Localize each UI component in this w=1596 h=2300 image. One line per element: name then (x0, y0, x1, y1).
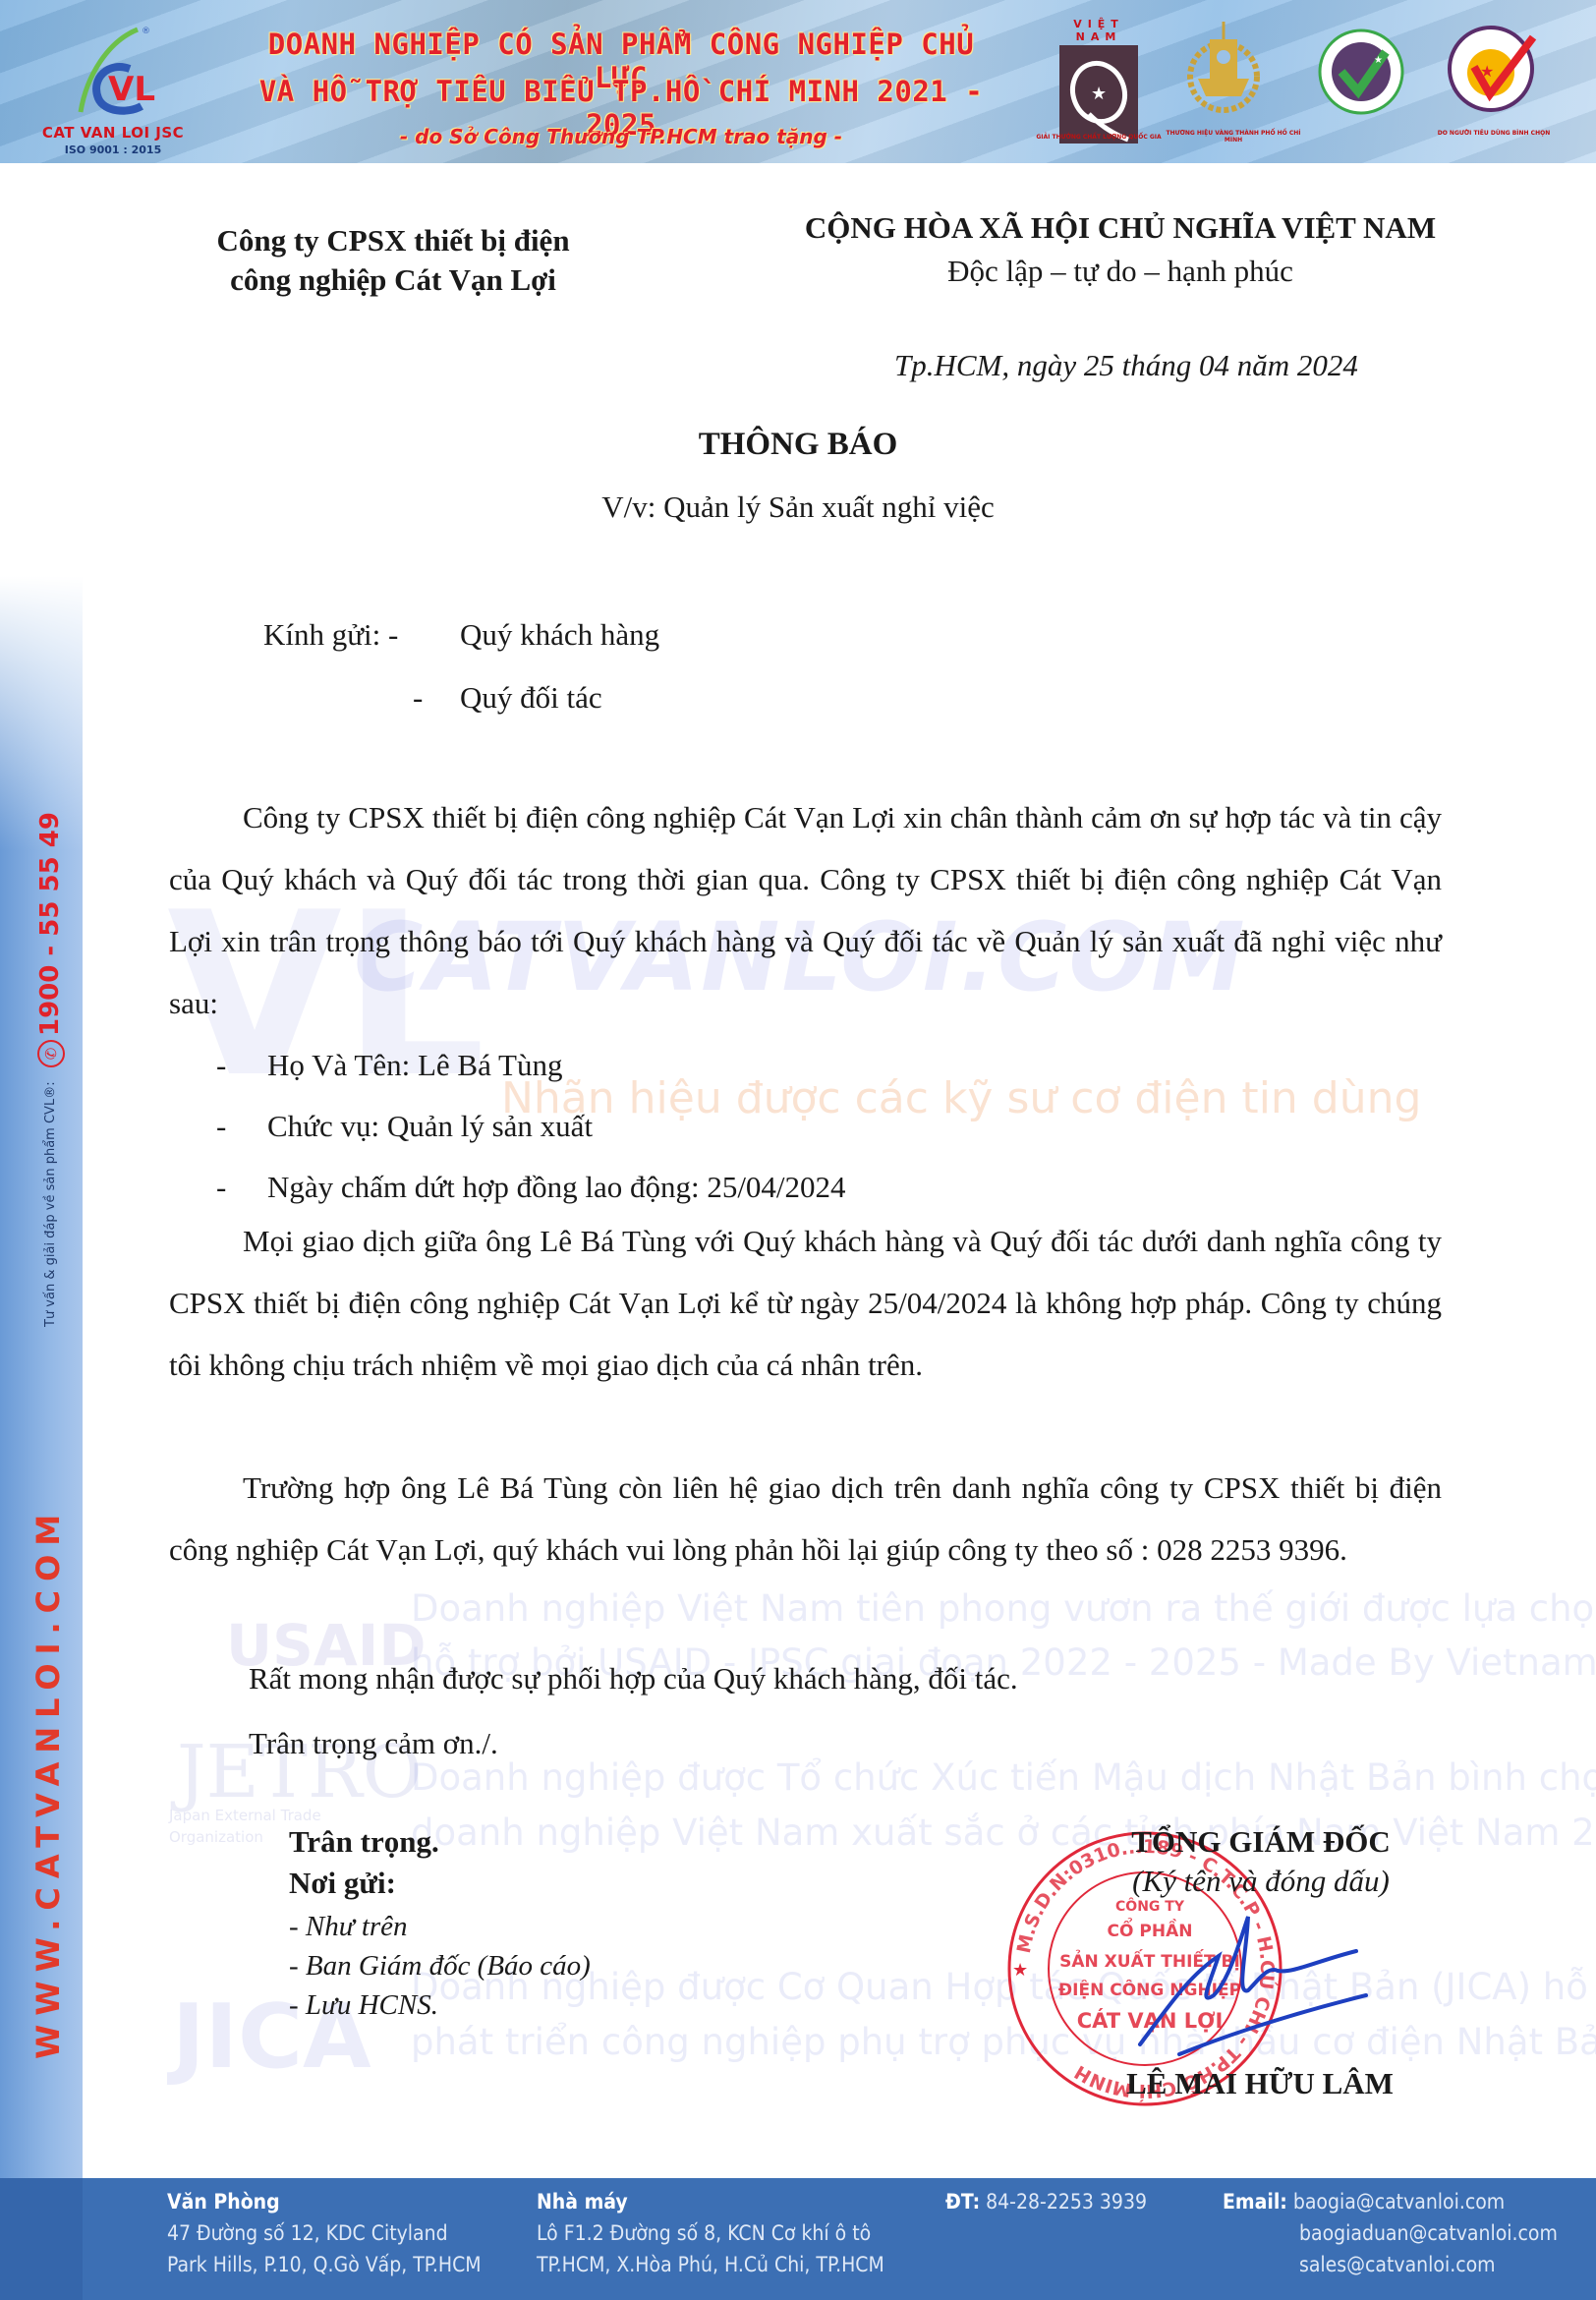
svg-text:★: ★ (1091, 84, 1107, 103)
svg-text:®: ® (142, 27, 150, 36)
award-supporting-industry: ★ (1317, 18, 1405, 145)
office-label: Văn Phòng (167, 2190, 280, 2214)
company-logo: VL ® CAT VAN LOI JSC ISO 9001 : 2015 (39, 22, 187, 159)
email-link[interactable]: baogiaduan@catvanloi.com (1223, 2217, 1558, 2249)
detail-name: Họ Và Tên: Lê Bá Tùng (267, 1048, 562, 1083)
website-link[interactable]: WWW.CATVANLOI.COM (29, 1506, 67, 2059)
award-caption: GIẢI THƯỞNG CHẤT LƯỢNG QUỐC GIA (1030, 134, 1168, 141)
svg-text:★: ★ (1480, 64, 1494, 81)
paragraph-intro: Công ty CPSX thiết bị điện công nghiệp C… (169, 786, 1442, 1034)
regards: Trân trọng. (289, 1824, 439, 1860)
email-link[interactable]: baogia@catvanloi.com (1293, 2190, 1505, 2214)
paragraph-contact: Trường hợp ông Lê Bá Tùng còn liên hệ gi… (169, 1457, 1442, 1581)
signature-icon (1120, 1897, 1376, 2084)
signer-note: (Ký tên và đóng dấu) (1099, 1864, 1423, 1899)
watermark-usaid-line: Doanh nghiệp Việt Nam tiên phong vươn ra… (411, 1587, 1596, 1630)
phone-number[interactable]: 84-28-2253 3939 (986, 2190, 1147, 2214)
svg-text:VL: VL (108, 70, 155, 109)
footer-factory: Nhà máy Lô F1.2 Đường số 8, KCN Cơ khí ô… (537, 2186, 884, 2280)
banner-subtitle: - do Sở Công Thương TP.HCM trao tặng - (257, 125, 985, 148)
watermark-slogan: Nhãn hiệu được các kỹ sư cơ điện tin dùn… (501, 1073, 1421, 1123)
hotline-label: Tư vấn & giải đáp về sản phẩm CVL®: (43, 1081, 58, 1327)
office-address-line2: Park Hills, P.10, Q.Gò Vấp, TP.HCM (167, 2249, 482, 2280)
award-caption: THƯƠNG HIỆU VÀNG THÀNH PHỐ HỒ CHÍ MINH (1165, 130, 1302, 144)
award-country: VIỆT NAM (1050, 18, 1148, 43)
footer-office: Văn Phòng 47 Đường số 12, KDC Cityland P… (167, 2186, 482, 2280)
recipient-dash: - (413, 680, 423, 716)
signer-name: LÊ MAI HỮU LÂM (1093, 2066, 1427, 2101)
closing-thanks: Trân trọng cảm ơn./. (249, 1726, 498, 1761)
document-title: THÔNG BÁO (0, 427, 1596, 462)
office-address-line1: 47 Đường số 12, KDC Cityland (167, 2217, 482, 2249)
hotline[interactable]: ✆1900 - 55 55 49 (35, 812, 65, 1071)
cc-item: - Như trên (289, 1909, 408, 1944)
document-date: Tp.HCM, ngày 25 tháng 04 năm 2024 (894, 348, 1358, 383)
detail-position: Chức vụ: Quản lý sản xuất (267, 1109, 593, 1144)
paragraph-disclaimer: Mọi giao dịch giữa ông Lê Bá Tùng với Qu… (169, 1210, 1442, 1396)
award-golden-brand: THƯƠNG HIỆU VÀNG THÀNH PHỐ HỒ CHÍ MINH (1184, 18, 1263, 145)
watermark-jetro-line: Doanh nghiệp được Tổ chức Xúc tiến Mậu d… (411, 1756, 1596, 1799)
footer-email: Email: baogia@catvanloi.com baogiaduan@c… (1223, 2186, 1558, 2280)
phone-icon: ✆ (37, 1040, 65, 1067)
phone-label: ĐT: (945, 2190, 980, 2214)
email-label: Email: (1223, 2190, 1287, 2214)
company-line1: Công ty CPSX thiết bị điện (177, 221, 609, 260)
footer-phone[interactable]: ĐT: 84-28-2253 3939 (945, 2186, 1147, 2217)
cc-item: - Ban Giám đốc (Báo cáo) (289, 1948, 591, 1984)
bullet-dash: - (216, 1048, 226, 1083)
bullet-dash: - (216, 1170, 226, 1205)
hotline-number: 1900 - 55 55 49 (35, 812, 65, 1036)
award-national-quality: VIỆT NAM ★ GIẢI THƯỞNG CHẤT LƯỢNG QUỐC G… (1050, 18, 1148, 145)
cc-label: Nơi gửi: (289, 1866, 396, 1901)
cvl-logo-icon: VL ® (69, 22, 157, 120)
document-subject: V/v: Quản lý Sản xuất nghỉ việc (0, 489, 1596, 525)
recipient-label: Kính gửi: - (263, 617, 398, 653)
quality-q-icon: ★ (1059, 45, 1138, 144)
national-title: CỘNG HÒA XÃ HỘI CHỦ NGHĨA VIỆT NAM (747, 210, 1494, 246)
svg-text:★: ★ (1012, 1960, 1028, 1980)
award-high-quality-goods: ★ DO NGƯỜI TIÊU DÙNG BÌNH CHỌN (1445, 18, 1538, 145)
ben-thanh-tower-icon (1184, 18, 1263, 126)
svg-text:★: ★ (1374, 55, 1383, 66)
recipient-item: Quý đối tác (460, 680, 602, 716)
footer-edge (0, 2178, 83, 2300)
factory-address-line2: TP.HCM, X.Hòa Phú, H.Củ Chi, TP.HCM (537, 2249, 884, 2280)
header-banner: VL ® CAT VAN LOI JSC ISO 9001 : 2015 DOA… (0, 0, 1596, 163)
bullet-dash: - (216, 1109, 226, 1144)
logo-company-name: CAT VAN LOI JSC (39, 124, 187, 142)
factory-label: Nhà máy (537, 2190, 628, 2214)
factory-address-line1: Lô F1.2 Đường số 8, KCN Cơ khí ô tô (537, 2217, 884, 2249)
company-line2: công nghiệp Cát Vạn Lợi (177, 260, 609, 300)
detail-termination-date: Ngày chấm dứt hợp đồng lao động: 25/04/2… (267, 1170, 846, 1205)
email-link[interactable]: sales@catvanloi.com (1223, 2249, 1558, 2280)
cc-item: - Lưu HCNS. (289, 1987, 438, 2023)
logo-iso: ISO 9001 : 2015 (39, 144, 187, 156)
recipient-item: Quý khách hàng (460, 617, 659, 653)
signer-title: TỔNG GIÁM ĐỐC (1099, 1824, 1423, 1860)
national-motto: Độc lập – tự do – hạnh phúc (747, 254, 1494, 289)
checkmark-badge-icon: ★ (1317, 18, 1405, 126)
closing-request: Rất mong nhận được sự phối hợp của Quý k… (249, 1661, 1018, 1696)
award-caption: DO NGƯỜI TIÊU DÙNG BÌNH CHỌN (1425, 130, 1563, 137)
issuing-company: Công ty CPSX thiết bị điện công nghiệp C… (177, 221, 609, 300)
high-quality-badge-icon: ★ (1445, 18, 1538, 126)
